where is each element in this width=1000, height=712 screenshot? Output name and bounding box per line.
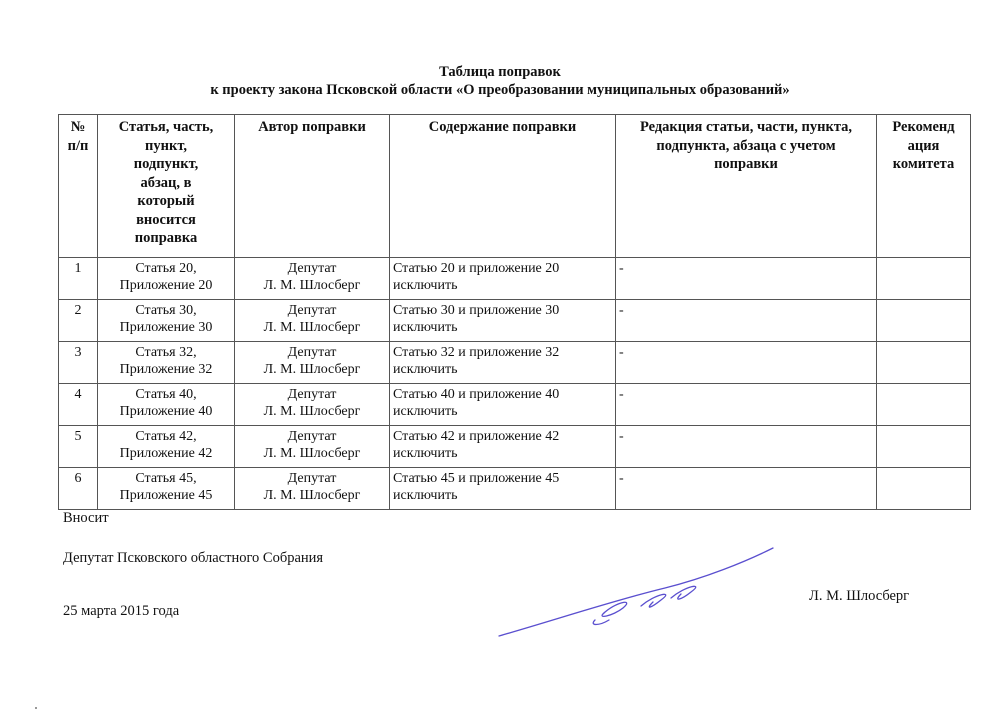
cell-author: ДепутатЛ. М. Шлосберг bbox=[235, 300, 390, 342]
cell-revision: - bbox=[616, 300, 877, 342]
header-line: Автор поправки bbox=[238, 118, 386, 137]
cell-article: Статья 32,Приложение 32 bbox=[98, 342, 235, 384]
cell-revision: - bbox=[616, 468, 877, 510]
cell-content-line: исключить bbox=[393, 487, 612, 504]
cell-article-line: Статья 30, bbox=[101, 302, 231, 319]
cell-author-line: Депутат bbox=[238, 386, 386, 403]
table-row: 3Статья 32,Приложение 32ДепутатЛ. М. Шло… bbox=[59, 342, 971, 384]
cell-content: Статью 30 и приложение 30исключить bbox=[390, 300, 616, 342]
header-line: Редакция статьи, части, пункта, bbox=[619, 118, 873, 137]
header-line: поправки bbox=[619, 155, 873, 174]
cell-revision-line: - bbox=[619, 386, 873, 403]
cell-content-line: Статью 30 и приложение 30 bbox=[393, 302, 612, 319]
cell-recommendation bbox=[877, 342, 971, 384]
cell-article-line: Приложение 45 bbox=[101, 487, 231, 504]
table-row: 1Статья 20,Приложение 20ДепутатЛ. М. Шло… bbox=[59, 258, 971, 300]
table-header-row: №п/пСтатья, часть,пункт,подпункт,абзац, … bbox=[59, 115, 971, 258]
cell-content: Статью 20 и приложение 20исключить bbox=[390, 258, 616, 300]
submits-label: Вносит bbox=[63, 510, 109, 527]
header-line: вносится bbox=[101, 211, 231, 230]
cell-content: Статью 42 и приложение 42исключить bbox=[390, 426, 616, 468]
header-line: пункт, bbox=[101, 137, 231, 156]
document-title: Таблица поправок bbox=[0, 64, 1000, 81]
header-line: который bbox=[101, 192, 231, 211]
cell-article-line: Приложение 40 bbox=[101, 403, 231, 420]
cell-article: Статья 40,Приложение 40 bbox=[98, 384, 235, 426]
cell-article-line: Статья 40, bbox=[101, 386, 231, 403]
cell-content: Статью 32 и приложение 32исключить bbox=[390, 342, 616, 384]
header-line: абзац, в bbox=[101, 174, 231, 193]
cell-recommendation bbox=[877, 426, 971, 468]
cell-author: ДепутатЛ. М. Шлосберг bbox=[235, 468, 390, 510]
cell-author-line: Депутат bbox=[238, 260, 386, 277]
scan-speck bbox=[35, 707, 37, 709]
cell-content-line: Статью 40 и приложение 40 bbox=[393, 386, 612, 403]
header-revision: Редакция статьи, части, пункта,подпункта… bbox=[616, 115, 877, 258]
table-row: 4Статья 40,Приложение 40ДепутатЛ. М. Шло… bbox=[59, 384, 971, 426]
cell-number-line: 3 bbox=[62, 344, 94, 361]
cell-recommendation bbox=[877, 468, 971, 510]
cell-article-line: Статья 45, bbox=[101, 470, 231, 487]
cell-article-line: Статья 42, bbox=[101, 428, 231, 445]
table-row: 6Статья 45,Приложение 45ДепутатЛ. М. Шло… bbox=[59, 468, 971, 510]
header-line: Содержание поправки bbox=[393, 118, 612, 137]
cell-number: 5 bbox=[59, 426, 98, 468]
cell-content-line: исключить bbox=[393, 403, 612, 420]
cell-author-line: Л. М. Шлосберг bbox=[238, 277, 386, 294]
cell-revision: - bbox=[616, 384, 877, 426]
cell-content-line: Статью 45 и приложение 45 bbox=[393, 470, 612, 487]
cell-content: Статью 45 и приложение 45исключить bbox=[390, 468, 616, 510]
handwritten-signature-icon bbox=[495, 540, 785, 640]
header-line: Статья, часть, bbox=[101, 118, 231, 137]
submitter-position: Депутат Псковского областного Собрания bbox=[63, 550, 323, 567]
cell-content-line: исключить bbox=[393, 361, 612, 378]
cell-article: Статья 45,Приложение 45 bbox=[98, 468, 235, 510]
cell-author: ДепутатЛ. М. Шлосберг bbox=[235, 342, 390, 384]
cell-revision: - bbox=[616, 426, 877, 468]
cell-number-line: 1 bbox=[62, 260, 94, 277]
header-content: Содержание поправки bbox=[390, 115, 616, 258]
cell-content-line: Статью 20 и приложение 20 bbox=[393, 260, 612, 277]
cell-number: 4 bbox=[59, 384, 98, 426]
cell-recommendation bbox=[877, 300, 971, 342]
header-line: № bbox=[62, 118, 94, 137]
cell-article-line: Статья 32, bbox=[101, 344, 231, 361]
cell-article-line: Статья 20, bbox=[101, 260, 231, 277]
cell-author: ДепутатЛ. М. Шлосберг bbox=[235, 426, 390, 468]
cell-author-line: Л. М. Шлосберг bbox=[238, 403, 386, 420]
cell-number: 2 bbox=[59, 300, 98, 342]
cell-author: ДепутатЛ. М. Шлосберг bbox=[235, 258, 390, 300]
header-author: Автор поправки bbox=[235, 115, 390, 258]
cell-revision-line: - bbox=[619, 428, 873, 445]
cell-revision: - bbox=[616, 258, 877, 300]
cell-author: ДепутатЛ. М. Шлосберг bbox=[235, 384, 390, 426]
cell-article: Статья 30,Приложение 30 bbox=[98, 300, 235, 342]
cell-revision: - bbox=[616, 342, 877, 384]
table-body: 1Статья 20,Приложение 20ДепутатЛ. М. Шло… bbox=[59, 258, 971, 510]
cell-number-line: 6 bbox=[62, 470, 94, 487]
header-line: Рекоменд bbox=[880, 118, 967, 137]
cell-author-line: Депутат bbox=[238, 344, 386, 361]
cell-author-line: Депутат bbox=[238, 428, 386, 445]
cell-article: Статья 42,Приложение 42 bbox=[98, 426, 235, 468]
amendments-table: №п/пСтатья, часть,пункт,подпункт,абзац, … bbox=[58, 114, 971, 510]
cell-content-line: исключить bbox=[393, 277, 612, 294]
header-recommendation: Рекомендациякомитета bbox=[877, 115, 971, 258]
cell-content-line: исключить bbox=[393, 319, 612, 336]
cell-recommendation bbox=[877, 384, 971, 426]
cell-revision-line: - bbox=[619, 344, 873, 361]
cell-number: 1 bbox=[59, 258, 98, 300]
cell-article-line: Приложение 30 bbox=[101, 319, 231, 336]
cell-author-line: Л. М. Шлосберг bbox=[238, 361, 386, 378]
cell-number-line: 4 bbox=[62, 386, 94, 403]
header-line: ация bbox=[880, 137, 967, 156]
header-article: Статья, часть,пункт,подпункт,абзац, вкот… bbox=[98, 115, 235, 258]
cell-content-line: Статью 42 и приложение 42 bbox=[393, 428, 612, 445]
header-line: п/п bbox=[62, 137, 94, 156]
cell-content-line: Статью 32 и приложение 32 bbox=[393, 344, 612, 361]
cell-content: Статью 40 и приложение 40исключить bbox=[390, 384, 616, 426]
header-line: подпункт, bbox=[101, 155, 231, 174]
header-line: комитета bbox=[880, 155, 967, 174]
submission-date: 25 марта 2015 года bbox=[63, 603, 179, 620]
cell-revision-line: - bbox=[619, 302, 873, 319]
cell-number-line: 2 bbox=[62, 302, 94, 319]
cell-number: 3 bbox=[59, 342, 98, 384]
cell-article: Статья 20,Приложение 20 bbox=[98, 258, 235, 300]
cell-author-line: Депутат bbox=[238, 302, 386, 319]
cell-number-line: 5 bbox=[62, 428, 94, 445]
header-number: №п/п bbox=[59, 115, 98, 258]
cell-revision-line: - bbox=[619, 470, 873, 487]
signer-name: Л. М. Шлосберг bbox=[809, 588, 909, 605]
cell-number: 6 bbox=[59, 468, 98, 510]
cell-revision-line: - bbox=[619, 260, 873, 277]
cell-author-line: Л. М. Шлосберг bbox=[238, 445, 386, 462]
document-subtitle: к проекту закона Псковской области «О пр… bbox=[0, 82, 1000, 99]
header-line: поправка bbox=[101, 229, 231, 248]
table-row: 5Статья 42,Приложение 42ДепутатЛ. М. Шло… bbox=[59, 426, 971, 468]
cell-author-line: Депутат bbox=[238, 470, 386, 487]
cell-content-line: исключить bbox=[393, 445, 612, 462]
cell-author-line: Л. М. Шлосберг bbox=[238, 487, 386, 504]
cell-article-line: Приложение 20 bbox=[101, 277, 231, 294]
header-line: подпункта, абзаца с учетом bbox=[619, 137, 873, 156]
cell-author-line: Л. М. Шлосберг bbox=[238, 319, 386, 336]
cell-article-line: Приложение 32 bbox=[101, 361, 231, 378]
cell-recommendation bbox=[877, 258, 971, 300]
table-row: 2Статья 30,Приложение 30ДепутатЛ. М. Шло… bbox=[59, 300, 971, 342]
cell-article-line: Приложение 42 bbox=[101, 445, 231, 462]
